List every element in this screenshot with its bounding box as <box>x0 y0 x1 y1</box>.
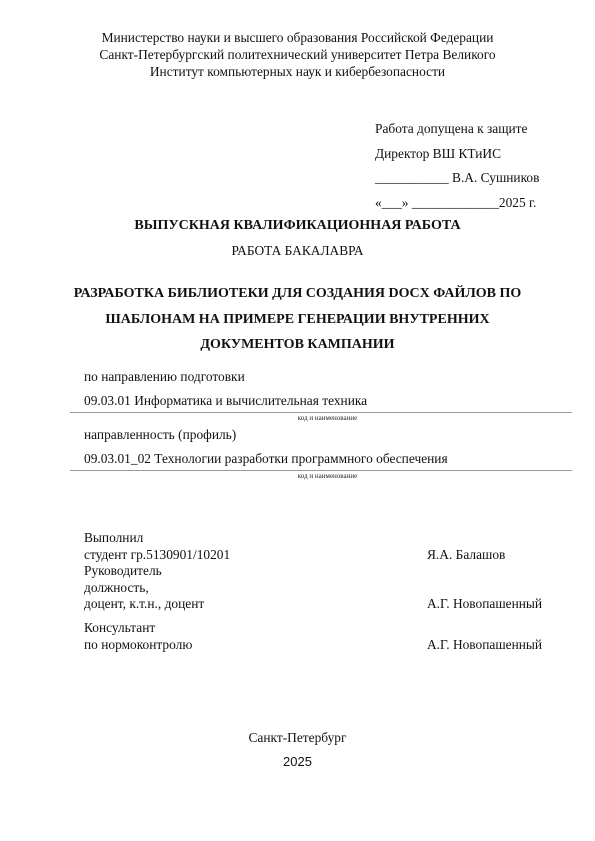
profile-value: 09.03.01_02 Технологии разработки програ… <box>84 451 448 467</box>
director-signature-line: ___________ В.А. Сушников <box>375 170 539 186</box>
profile-caption: код и наименование <box>0 472 595 480</box>
supervisor-degree: доцент, к.т.н., доцент <box>84 596 204 613</box>
year-text: 2025 <box>0 754 595 769</box>
direction-value: 09.03.01 Информатика и вычислительная те… <box>84 393 367 409</box>
supervisor-position-label: должность, <box>84 580 149 597</box>
work-kind-subtitle: РАБОТА БАКАЛАВРА <box>0 243 595 259</box>
approval-date-line: «___» _____________2025 г. <box>375 195 536 211</box>
consultant-label: Консультант <box>84 620 155 637</box>
director-position-text: Директор ВШ КТиИС <box>375 146 501 162</box>
direction-caption: код и наименование <box>0 414 595 422</box>
date-close-quote: » <box>402 195 409 210</box>
date-month-blank: _____________ <box>412 195 499 210</box>
date-day-blank: ___ <box>382 195 402 210</box>
ministry-line: Министерство науки и высшего образования… <box>0 29 595 46</box>
profile-divider <box>70 470 572 471</box>
work-type-title: ВЫПУСКНАЯ КВАЛИФИКАЦИОННАЯ РАБОТА <box>0 218 595 234</box>
direction-label: по направлению подготовки <box>84 369 245 385</box>
institute-line: Институт компьютерных наук и кибербезопа… <box>0 63 595 80</box>
topic-line-1: РАЗРАБОТКА БИБЛИОТЕКИ ДЛЯ СОЗДАНИЯ DOCX … <box>0 281 595 308</box>
admitted-to-defense-text: Работа допущена к защите <box>375 121 527 137</box>
student-group-label: студент гр.5130901/10201 <box>84 547 230 564</box>
topic-line-3: ДОКУМЕНТОВ КАМПАНИИ <box>0 332 595 359</box>
director-name: В.А. Сушников <box>452 170 539 185</box>
performed-label: Выполнил <box>84 530 143 547</box>
student-name: Я.А. Балашов <box>427 547 505 563</box>
university-line: Санкт-Петербургский политехнический унив… <box>0 46 595 63</box>
date-year: 2025 г. <box>499 195 536 210</box>
city-text: Санкт-Петербург <box>0 730 595 746</box>
consultant-area: по нормоконтролю <box>84 637 192 654</box>
consultant-name: А.Г. Новопашенный <box>427 637 542 653</box>
signature-blank: ___________ <box>375 170 449 185</box>
topic-line-2: ШАБЛОНАМ НА ПРИМЕРЕ ГЕНЕРАЦИИ ВНУТРЕННИХ <box>0 307 595 334</box>
direction-divider <box>70 412 572 413</box>
profile-label: направленность (профиль) <box>84 427 236 443</box>
supervisor-name: А.Г. Новопашенный <box>427 596 542 612</box>
date-open-quote: « <box>375 195 382 210</box>
supervisor-label: Руководитель <box>84 563 162 580</box>
